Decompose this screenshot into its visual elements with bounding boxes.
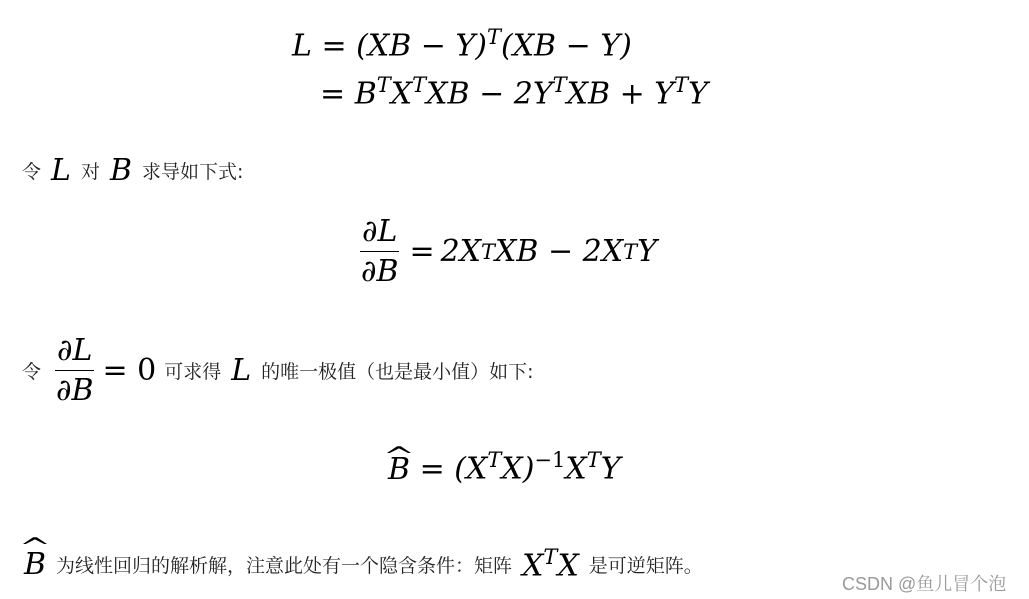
- loss-equation-line-1: L = (XB − Y)T(XB − Y): [292, 18, 708, 66]
- derivative-equation: ∂L ∂B = 2XTXB − 2XTY: [356, 214, 657, 289]
- derivative-intro: 令 L 对 B 求导如下式:: [22, 150, 243, 190]
- b-hat: B: [388, 450, 410, 490]
- closed-form-equation: B = (XTX)−1XTY: [388, 440, 621, 490]
- loss-equation: L = (XB − Y)T(XB − Y) = BTXTXB − 2YTXB +…: [292, 18, 708, 113]
- zero-derivative-fraction: ∂L ∂B: [55, 333, 94, 408]
- loss-equation-line-2: = BTXTXB − 2YTXB + YTY: [292, 66, 708, 114]
- csdn-watermark: CSDN @鱼儿冒个泡: [842, 570, 1006, 596]
- b-hat-inline: B: [24, 547, 46, 582]
- analytic-solution-note: B 为线性回归的解析解，注意此处有一个隐含条件：矩阵 XTX 是可逆矩阵。: [24, 544, 703, 584]
- derivative-fraction: ∂L ∂B: [360, 214, 399, 289]
- extremum-intro: 令 ∂L ∂B = 0 可求得 L 的唯一极值（也是最小值）如下:: [22, 332, 534, 408]
